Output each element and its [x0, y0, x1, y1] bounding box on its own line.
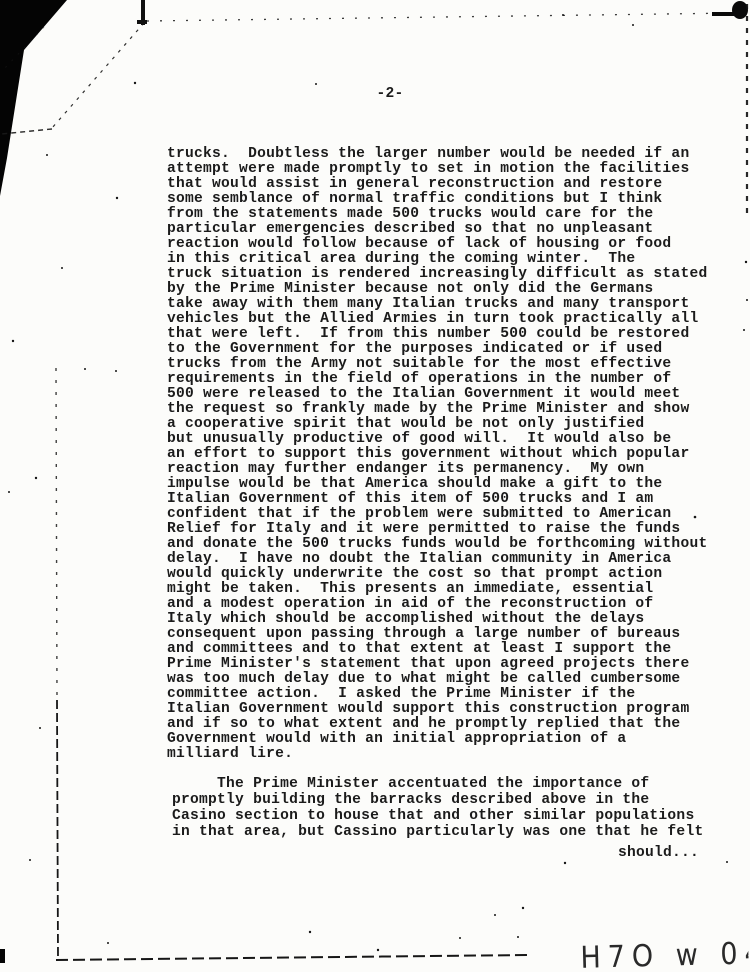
page-number: -2-: [362, 86, 418, 102]
continuation-marker: should...: [618, 845, 699, 861]
scanned-document-page: -2- trucks. Doubtless the larger number …: [0, 0, 750, 972]
folded-corner-shadow: [0, 0, 67, 196]
handwritten-marking: H7O w 04: [580, 937, 749, 972]
body-paragraph-2: The Prime Minister accentuated the impor…: [172, 776, 703, 840]
body-paragraph-1: trucks. Doubtless the larger number woul…: [167, 147, 707, 762]
